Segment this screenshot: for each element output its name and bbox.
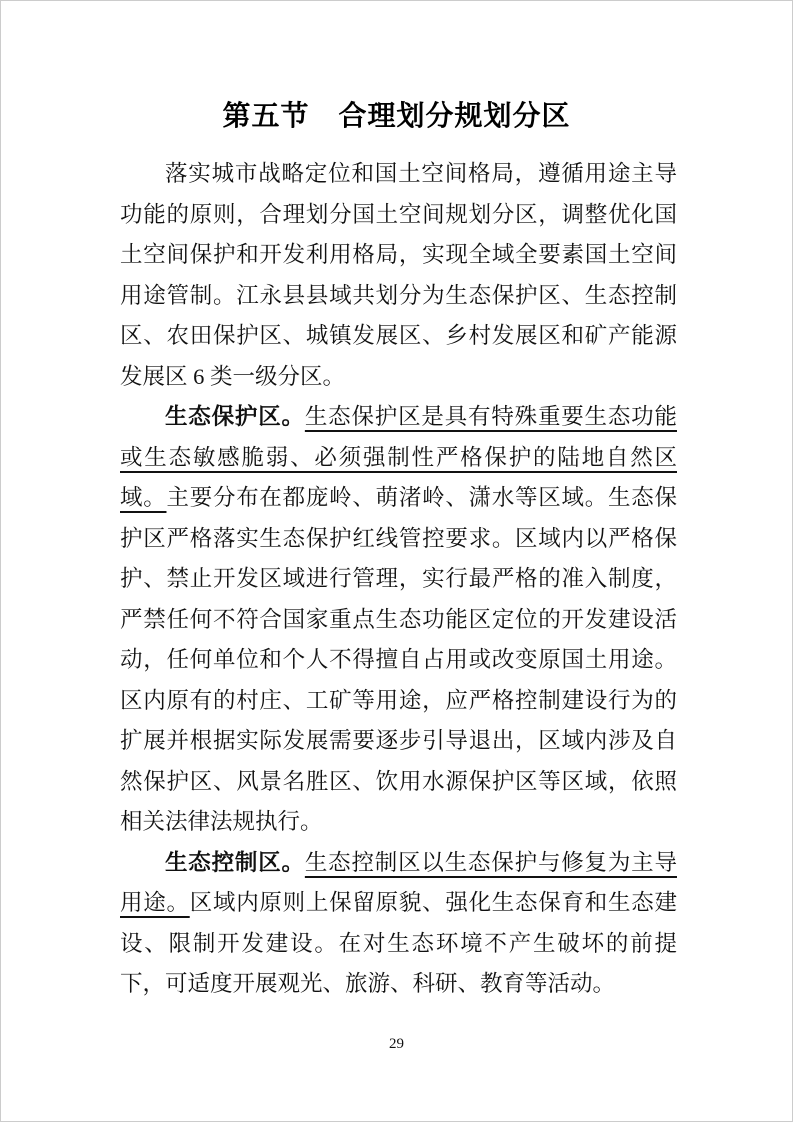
text-segment-bold: 生态控制区。 bbox=[165, 850, 305, 875]
text-segment-normal: 主要分布在都庞岭、萌渚岭、潇水等区域。生态保护区严格落实生态保护红线管控要求。区… bbox=[120, 485, 677, 834]
paragraph: 生态保护区。生态保护区是具有特殊重要生态功能或生态敏感脆弱、必须强制性严格保护的… bbox=[120, 397, 677, 843]
text-segment-normal: 区域内原则上保留原貌、强化生态保育和生态建设、限制开发建设。在对生态环境不产生破… bbox=[120, 890, 677, 996]
text-segment-bold: 生态保护区。 bbox=[165, 404, 305, 429]
page-number: 29 bbox=[1, 1036, 792, 1053]
paragraph: 生态控制区。生态控制区以生态保护与修复为主导用途。区域内原则上保留原貌、强化生态… bbox=[120, 843, 677, 1005]
document-body: 落实城市战略定位和国土空间格局，遵循用途主导功能的原则，合理划分国土空间规划分区… bbox=[120, 154, 677, 1005]
document-page: 第五节 合理划分规划分区 落实城市战略定位和国土空间格局，遵循用途主导功能的原则… bbox=[0, 0, 793, 1122]
paragraph: 落实城市战略定位和国土空间格局，遵循用途主导功能的原则，合理划分国土空间规划分区… bbox=[120, 154, 677, 397]
section-title: 第五节 合理划分规划分区 bbox=[1, 97, 792, 135]
text-segment-normal: 落实城市战略定位和国土空间格局，遵循用途主导功能的原则，合理划分国土空间规划分区… bbox=[120, 161, 677, 389]
